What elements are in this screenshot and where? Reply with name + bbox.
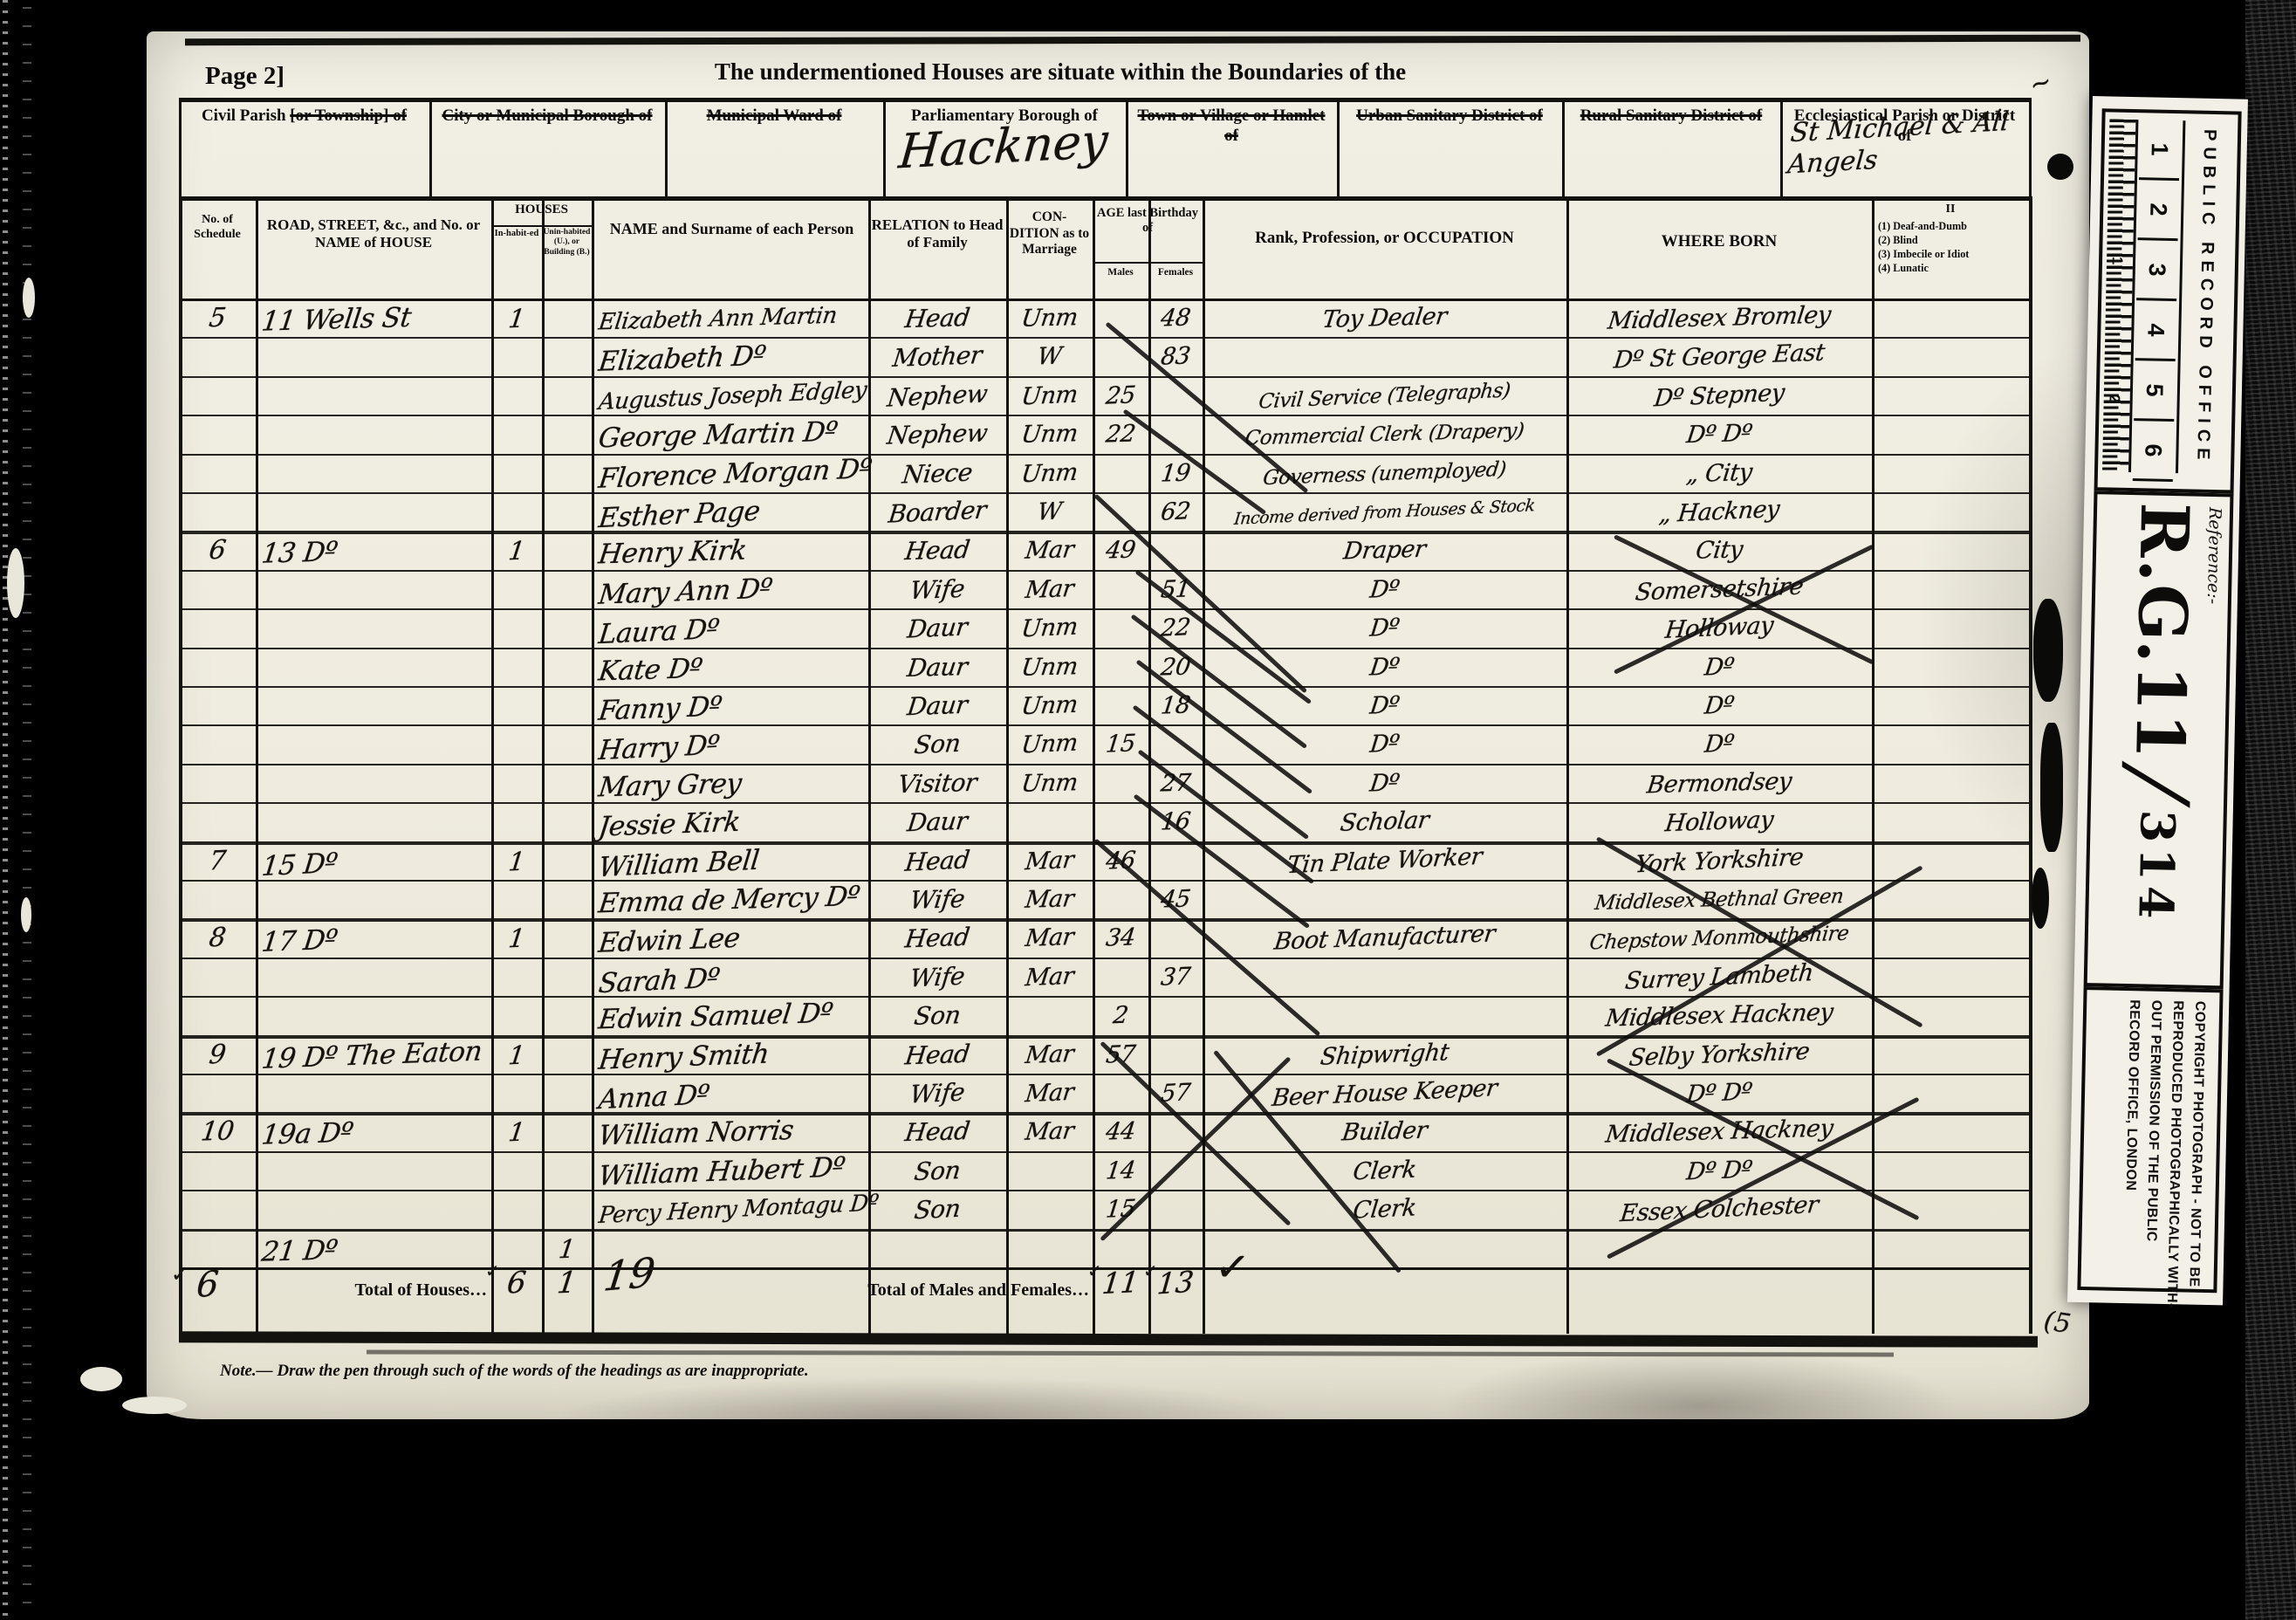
film-edge-right <box>2245 0 2296 1620</box>
office-text-box: PUBLIC RECORD OFFICE <box>2178 120 2234 474</box>
film-edge-left <box>0 0 37 1620</box>
ruler-number-4: 4 <box>2135 300 2176 361</box>
page-number-label: Page 2] <box>205 61 284 92</box>
census-form-paper <box>147 31 2089 1419</box>
footnote: Note.— Draw the pen through such of the … <box>220 1362 1267 1382</box>
ruler-number-1: 1 <box>2139 120 2180 181</box>
reference-separator: / <box>2110 756 2209 815</box>
reference-box: Reference:- R.G.11 / 314 <box>2084 491 2234 989</box>
ruler-number-2: 2 <box>2138 180 2179 241</box>
copyright-text: COPYRIGHT PHOTOGRAPH - NOT TO BEREPRODUC… <box>2079 990 2219 1294</box>
public-record-office-label: PUBLIC RECORD OFFICE <box>2178 120 2234 474</box>
ruler-numbers: 123456 <box>2133 120 2180 473</box>
census-scan-page: Page 2] The undermentioned Houses are si… <box>0 0 2296 1620</box>
ruler-number-5: 5 <box>2134 360 2175 422</box>
inch-label-2: 2 <box>2105 395 2122 403</box>
reference-piece-number: 314 <box>2128 809 2187 924</box>
ruler-number-6: 6 <box>2133 421 2174 482</box>
reference-class-number: R.G.11 <box>2121 502 2203 762</box>
inch-label-1: 1 <box>2108 257 2126 265</box>
form-title: The undermentioned Houses are situate wi… <box>559 58 1562 86</box>
copyright-box: COPYRIGHT PHOTOGRAPH - NOT TO BEREPRODUC… <box>2077 986 2223 1293</box>
edge-speck <box>80 1367 122 1391</box>
ruler-number-3: 3 <box>2136 240 2177 301</box>
ruler-box: 123456 1 2 PUBLIC RECORD OFFICE <box>2094 108 2242 493</box>
public-record-office-card: 123456 1 2 PUBLIC RECORD OFFICE Referenc… <box>2067 96 2248 1305</box>
